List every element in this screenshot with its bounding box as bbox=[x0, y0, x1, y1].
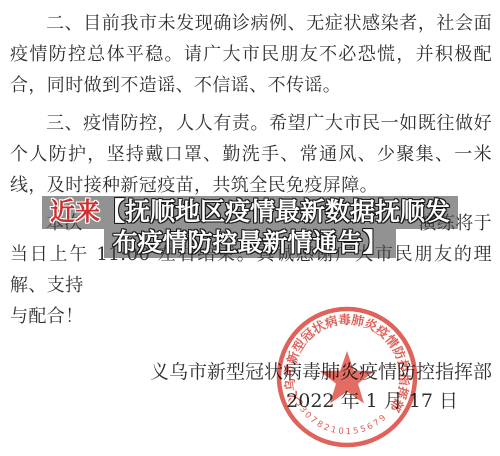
notice-document-page: 二、目前我市未发现确诊病例、无症状感染者，社会面疫情防控总体平稳。请广大市民朋友… bbox=[0, 0, 500, 456]
paragraph-4-line1-right: 演练将于 bbox=[418, 208, 492, 239]
document-body: 二、目前我市未发现确诊病例、无症状感染者，社会面疫情防控总体平稳。请广大市民朋友… bbox=[10, 0, 492, 332]
star-icon bbox=[319, 351, 374, 404]
paragraph-2: 二、目前我市未发现确诊病例、无症状感染者，社会面疫情防控总体平稳。请广大市民朋友… bbox=[10, 8, 492, 101]
paragraph-4-line-1: 本次 演练将于 bbox=[10, 208, 492, 239]
official-seal: 义乌市新型冠状病毒肺炎疫情防控指挥部 33078210155679 bbox=[262, 292, 432, 456]
paragraph-4-line1-left: 本次 bbox=[10, 208, 83, 239]
paragraph-3: 三、疫情防控，人人有责。希望广大市民一如既往做好个人防护，坚持戴口罩、勤洗手、常… bbox=[10, 108, 492, 201]
